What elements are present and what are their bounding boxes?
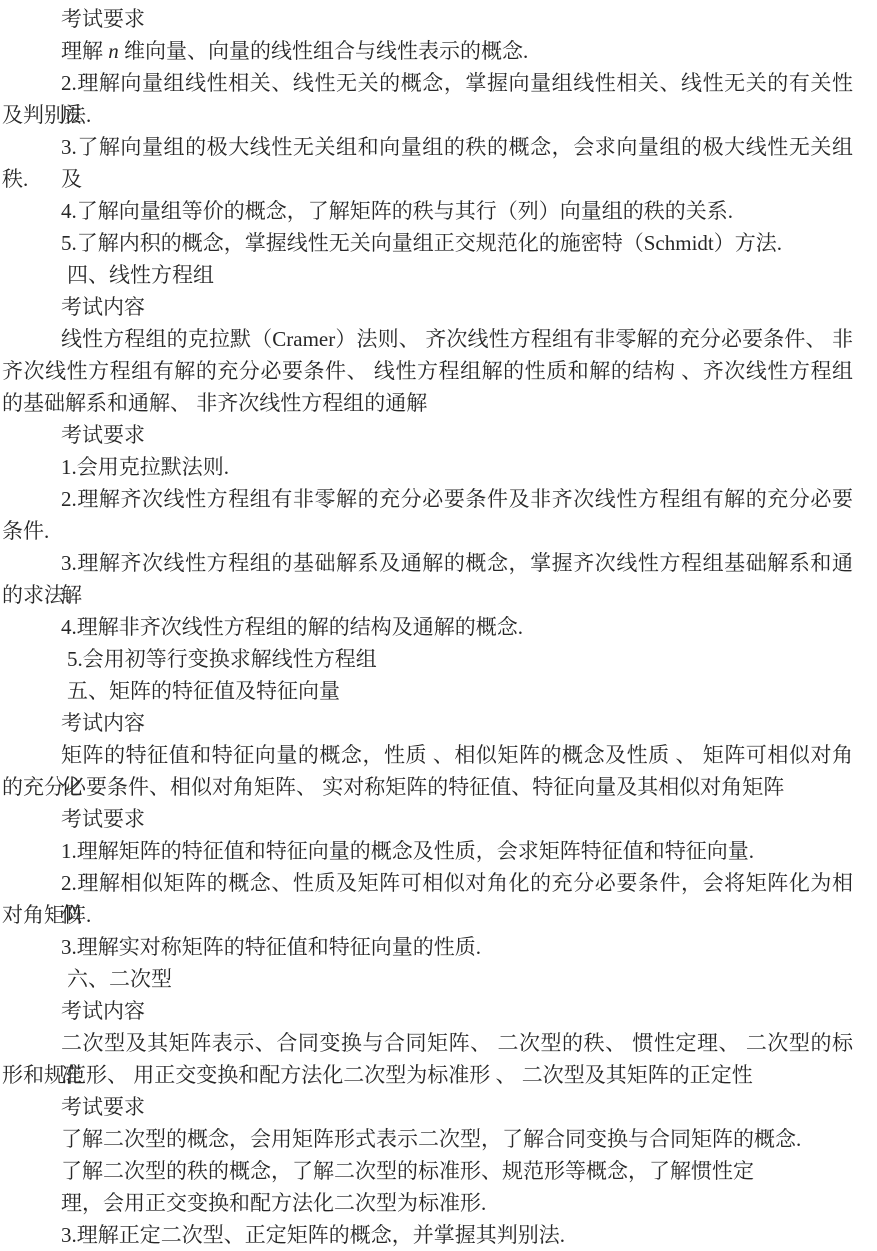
requirement-item: 了解二次型的秩的概念，了解二次型的标准形、规范形等概念，了解惯性定 (0, 1155, 853, 1187)
requirement-item: 1.会用克拉默法则. (0, 451, 853, 483)
heading-exam-requirements: 考试要求 (0, 3, 853, 35)
heading-exam-content: 考试内容 (0, 995, 853, 1027)
content-line: 矩阵的特征值和特征向量的概念，性质 、相似矩阵的概念及性质 、 矩阵可相似对角化 (0, 739, 853, 771)
heading-exam-requirements: 考试要求 (0, 803, 853, 835)
content-line: 二次型及其矩阵表示、合同变换与合同矩阵、 二次型的秩、 惯性定理、 二次型的标准 (0, 1027, 853, 1059)
requirement-item: 5.了解内积的概念，掌握线性无关向量组正交规范化的施密特（Schmidt）方法. (0, 227, 853, 259)
requirement-item: 2.理解向量组线性相关、线性无关的概念，掌握向量组线性相关、线性无关的有关性质 (0, 67, 853, 99)
requirement-item: 4.理解非齐次线性方程组的解的结构及通解的概念. (0, 611, 853, 643)
content-line: 形和规范形、 用正交变换和配方法化二次型为标准形 、 二次型及其矩阵的正定性 (0, 1059, 853, 1091)
requirement-item: 了解二次型的概念，会用矩阵形式表示二次型，了解合同变换与合同矩阵的概念. (0, 1123, 853, 1155)
requirement-item: 3.理解实对称矩阵的特征值和特征向量的性质. (0, 931, 853, 963)
text-column: 考试要求理解 n 维向量、向量的线性组合与线性表示的概念.2.理解向量组线性相关… (0, 3, 853, 1251)
requirement-item: 2.理解相似矩阵的概念、性质及矩阵可相似对角化的充分必要条件，会将矩阵化为相似 (0, 867, 853, 899)
content-line: 的充分必要条件、相似对角矩阵、 实对称矩阵的特征值、特征向量及其相似对角矩阵 (0, 771, 853, 803)
line-continuation: 的求法. (0, 579, 853, 611)
content-line: 线性方程组的克拉默（Cramer）法则、 齐次线性方程组有非零解的充分必要条件、… (0, 323, 853, 355)
requirement-item: 5.会用初等行变换求解线性方程组 (0, 643, 853, 675)
content-line: 的基础解系和通解、 非齐次线性方程组的通解 (0, 387, 853, 419)
line-continuation: 对角矩阵. (0, 899, 853, 931)
document-page: 考试要求理解 n 维向量、向量的线性组合与线性表示的概念.2.理解向量组线性相关… (0, 0, 877, 1251)
line-continuation: 秩. (0, 163, 853, 195)
line-continuation: 及判别法. (0, 99, 853, 131)
requirement-item: 理解 n 维向量、向量的线性组合与线性表示的概念. (0, 35, 853, 67)
requirement-item: 4.了解向量组等价的概念，了解矩阵的秩与其行（列）向量组的秩的关系. (0, 195, 853, 227)
requirement-item: 1.理解矩阵的特征值和特征向量的概念及性质，会求矩阵特征值和特征向量. (0, 835, 853, 867)
heading-section-4: 四、线性方程组 (0, 259, 853, 291)
heading-section-5: 五、矩阵的特征值及特征向量 (0, 675, 853, 707)
requirement-item: 2.理解齐次线性方程组有非零解的充分必要条件及非齐次线性方程组有解的充分必要 (0, 483, 853, 515)
requirement-item: 3.理解齐次线性方程组的基础解系及通解的概念，掌握齐次线性方程组基础解系和通解 (0, 547, 853, 579)
heading-exam-content: 考试内容 (0, 291, 853, 323)
heading-section-6: 六、二次型 (0, 963, 853, 995)
requirement-item: 3.了解向量组的极大线性无关组和向量组的秩的概念，会求向量组的极大线性无关组及 (0, 131, 853, 163)
requirement-item: 3.理解正定二次型、正定矩阵的概念，并掌握其判别法. (0, 1219, 853, 1251)
line-continuation: 条件. (0, 515, 853, 547)
line-continuation: 理，会用正交变换和配方法化二次型为标准形. (0, 1187, 853, 1219)
heading-exam-requirements: 考试要求 (0, 419, 853, 451)
heading-exam-requirements: 考试要求 (0, 1091, 853, 1123)
content-line: 齐次线性方程组有解的充分必要条件、 线性方程组解的性质和解的结构 、齐次线性方程… (0, 355, 853, 387)
heading-exam-content: 考试内容 (0, 707, 853, 739)
italic-variable: n (108, 39, 119, 63)
